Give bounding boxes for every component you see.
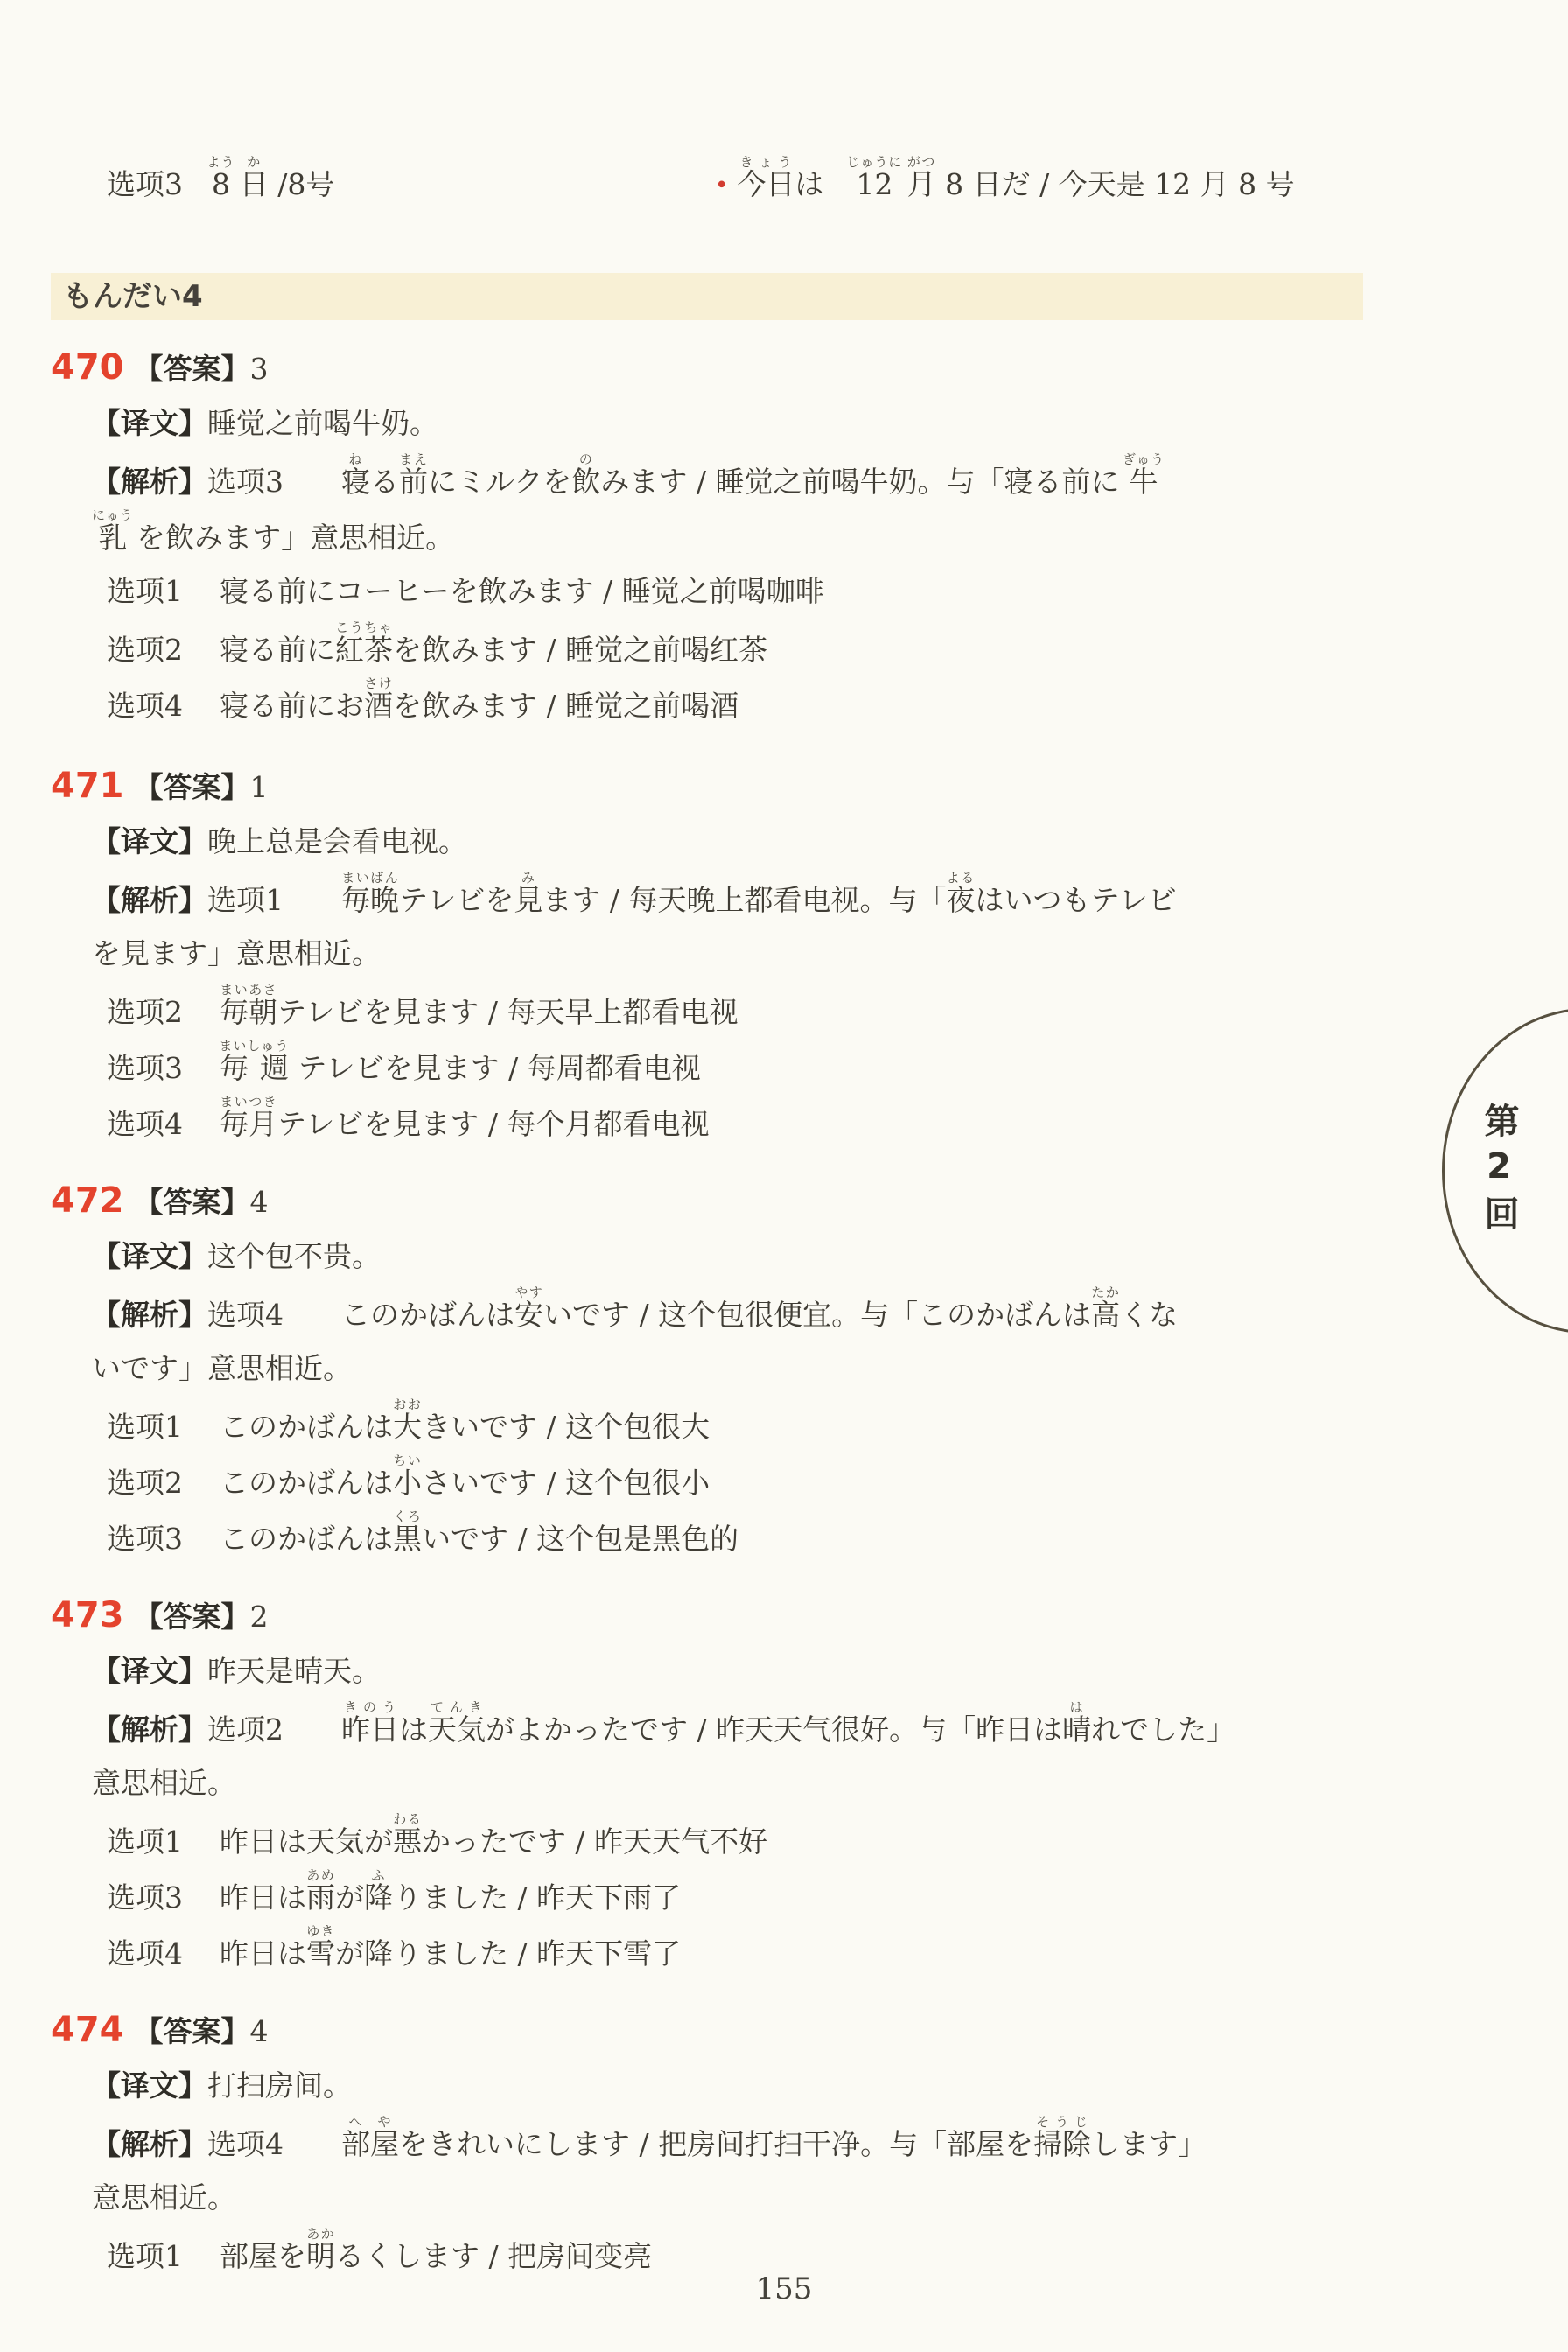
analysis-text-1: 选项4 このかばんは安やすいです / 这个包很便宜。与「このかばんは高たかくな (207, 1298, 1178, 1332)
analysis-line-1: 【解析】选项1 毎晩まいばんテレビを見みます / 每天晚上都看电视。与「夜よるは… (51, 870, 1451, 926)
translation-text: 昨天是晴天。 (207, 1654, 381, 1688)
analysis-line-2: 乳にゅう を飲みます」意思相近。 (51, 507, 1451, 563)
analysis-line-1: 【解析】选项2 昨日きのうは天気てんきがよかったです / 昨天天气很好。与「昨日… (51, 1699, 1451, 1755)
answer-item-473: 473【答案】2 【译文】昨天是晴天。 【解析】选项2 昨日きのうは天気てんきが… (51, 1587, 1451, 1979)
translation-line: 【译文】这个包不贵。 (51, 1228, 1451, 1284)
analysis-line-2: いです」意思相近。 (51, 1340, 1451, 1396)
item-number: 474 (51, 2010, 124, 2050)
option-row: 选项3このかばんは黒くろいです / 这个包是黑色的 (51, 1508, 1451, 1564)
option-label: 选项1 (107, 1410, 183, 1444)
answer-value: 1 (250, 770, 269, 804)
analysis-line-2: 意思相近。 (51, 1755, 1451, 1811)
option-label: 选项1 (107, 574, 183, 608)
analysis-text-1: 选项2 昨日きのうは天気てんきがよかったです / 昨天天气很好。与「昨日は晴はれ… (207, 1712, 1235, 1746)
option-label: 选项2 (107, 995, 183, 1029)
translation-text: 这个包不贵。 (207, 1239, 381, 1273)
translation-text: 睡觉之前喝牛奶。 (207, 406, 438, 440)
analysis-line-1: 【解析】选项4 部屋へやをきれいにします / 把房间打扫干净。与「部屋を掃除そう… (51, 2114, 1451, 2170)
option-text: このかばんは小ちいさいです / 这个包很小 (220, 1466, 710, 1500)
option-text: 部屋を明あかるくします / 把房间变亮 (220, 2239, 652, 2273)
translation-line: 【译文】睡觉之前喝牛奶。 (51, 395, 1451, 451)
translation-label: 【译文】 (92, 1654, 207, 1688)
option-row: 选项3昨日は雨あめが降ふりました / 昨天下雨了 (51, 1867, 1451, 1923)
analysis-line-1: 【解析】选项3 寝ねる前まえにミルクを飲のみます / 睡觉之前喝牛奶。与「寝る前… (51, 451, 1451, 507)
option-row: 选项1寝る前にコーヒーを飲みます / 睡觉之前喝咖啡 (51, 563, 1451, 619)
translation-line: 【译文】打扫房间。 (51, 2058, 1451, 2114)
carryover-line: 选项3 8よう 日か /8号 •今日きょうは 12じゅうに 月がつ 8 日だ /… (0, 154, 1568, 208)
translation-label: 【译文】 (92, 1239, 207, 1273)
option-text: 昨日は雨あめが降ふりました / 昨天下雨了 (220, 1880, 681, 1914)
option-text: このかばんは黒くろいです / 这个包是黑色的 (220, 1522, 738, 1556)
carryover-example-text: 今日きょうは 12じゅうに 月がつ 8 日だ / 今天是 12 月 8 号 (737, 167, 1294, 201)
translation-label: 【译文】 (92, 406, 207, 440)
item-number: 473 (51, 1595, 124, 1635)
analysis-line-1: 【解析】选项4 このかばんは安やすいです / 这个包很便宜。与「このかばんは高た… (51, 1284, 1451, 1340)
option-text: 寝る前にお酒さけを飲みます / 睡觉之前喝酒 (220, 689, 738, 723)
option-label: 选项2 (107, 1466, 183, 1500)
option-label: 选项1 (107, 1824, 183, 1858)
translation-label: 【译文】 (92, 824, 207, 858)
answer-line: 472【答案】4 (51, 1172, 1451, 1228)
option-text: 昨日は雪ゆきが降りました / 昨天下雪了 (220, 1936, 681, 1970)
section-header-bar: もんだい4 (51, 273, 1363, 320)
answer-item-470: 470【答案】3 【译文】睡觉之前喝牛奶。 【解析】选项3 寝ねる前まえにミルク… (51, 339, 1451, 731)
answer-line: 473【答案】2 (51, 1587, 1451, 1643)
answer-item-471: 471【答案】1 【译文】晚上总是会看电视。 【解析】选项1 毎晩まいばんテレビ… (51, 758, 1451, 1150)
analysis-label: 【解析】 (92, 883, 207, 917)
option-label: 选项3 (107, 1051, 183, 1085)
analysis-text-1: 选项1 毎晩まいばんテレビを見みます / 每天晚上都看电视。与「夜よるはいつもテ… (207, 883, 1177, 917)
answer-label: 【答案】 (135, 1599, 250, 1634)
answer-value: 4 (250, 2014, 269, 2048)
page-number: 155 (0, 2271, 1568, 2306)
option-label: 选项1 (107, 2239, 183, 2273)
answer-line: 471【答案】1 (51, 758, 1451, 814)
scanned-answer-page: 选项3 8よう 日か /8号 •今日きょうは 12じゅうに 月がつ 8 日だ /… (0, 0, 1568, 2352)
option-text: 昨日は天気が悪わるかったです / 昨天天气不好 (220, 1824, 767, 1858)
analysis-text-1: 选项4 部屋へやをきれいにします / 把房间打扫干净。与「部屋を掃除そうじします… (207, 2127, 1207, 2161)
answer-label: 【答案】 (135, 1185, 250, 1219)
answer-value: 4 (250, 1185, 269, 1219)
answer-label: 【答案】 (135, 2014, 250, 2048)
bullet-dot-icon: • (715, 172, 728, 199)
option-label: 选项3 (107, 1522, 183, 1556)
analysis-line-2: 意思相近。 (51, 2170, 1451, 2226)
option-row: 选项1このかばんは大おおきいです / 这个包很大 (51, 1396, 1451, 1452)
analysis-label: 【解析】 (92, 1712, 207, 1746)
option-row: 选项4昨日は雪ゆきが降りました / 昨天下雪了 (51, 1923, 1451, 1979)
translation-text: 晚上总是会看电视。 (207, 824, 467, 858)
analysis-text-1: 选项3 寝ねる前まえにミルクを飲のみます / 睡觉之前喝牛奶。与「寝る前に 牛ぎ… (207, 465, 1165, 499)
option-text: 寝る前に紅茶こうちゃを飲みます / 睡觉之前喝红茶 (220, 633, 767, 667)
option-row: 选项1昨日は天気が悪わるかったです / 昨天天气不好 (51, 1811, 1451, 1867)
analysis-label: 【解析】 (92, 1298, 207, 1332)
item-number: 471 (51, 766, 124, 806)
option-row: 选项3毎 週まいしゅう テレビを見ます / 每周都看电视 (51, 1038, 1451, 1094)
analysis-line-2: を見ます」意思相近。 (51, 926, 1451, 982)
option-text: このかばんは大おおきいです / 这个包很大 (220, 1410, 710, 1444)
option-row: 选项4寝る前にお酒さけを飲みます / 睡觉之前喝酒 (51, 675, 1451, 731)
option-label: 选项3 (107, 1880, 183, 1914)
answer-line: 470【答案】3 (51, 339, 1451, 395)
option-label: 选项4 (107, 689, 183, 723)
option-text: 毎月まいつきテレビを見ます / 每个月都看电视 (220, 1107, 709, 1141)
answer-value: 2 (250, 1599, 269, 1634)
item-number: 470 (51, 347, 124, 388)
translation-line: 【译文】晚上总是会看电视。 (51, 814, 1451, 870)
carryover-example: •今日きょうは 12じゅうに 月がつ 8 日だ / 今天是 12 月 8 号 (715, 154, 1295, 213)
item-number: 472 (51, 1180, 124, 1221)
analysis-label: 【解析】 (92, 2127, 207, 2161)
translation-line: 【译文】昨天是晴天。 (51, 1643, 1451, 1699)
translation-text: 打扫房间。 (207, 2068, 352, 2103)
carryover-option-text: 选项3 8よう 日か /8号 (107, 154, 334, 212)
option-row: 选项4毎月まいつきテレビを見ます / 每个月都看电视 (51, 1094, 1451, 1150)
option-text: 寝る前にコーヒーを飲みます / 睡觉之前喝咖啡 (220, 574, 824, 608)
section-header-label: もんだい4 (51, 273, 1363, 320)
option-label: 选项4 (107, 1107, 183, 1141)
analysis-label: 【解析】 (92, 465, 207, 499)
answer-label: 【答案】 (135, 770, 250, 804)
answer-label: 【答案】 (135, 352, 250, 386)
answer-item-472: 472【答案】4 【译文】这个包不贵。 【解析】选项4 このかばんは安やすいです… (51, 1172, 1451, 1564)
answer-item-474: 474【答案】4 【译文】打扫房间。 【解析】选项4 部屋へやをきれいにします … (51, 2002, 1451, 2282)
option-label: 选项2 (107, 633, 183, 667)
option-text: 毎 週まいしゅう テレビを見ます / 每周都看电视 (220, 1051, 701, 1085)
option-text: 毎朝まいあさテレビを見ます / 每天早上都看电视 (220, 995, 738, 1029)
round-badge: 第2回 (1442, 1008, 1568, 1333)
answer-value: 3 (250, 352, 269, 386)
round-badge-label: 第2回 (1474, 1102, 1524, 1239)
option-row: 选项2寝る前に紅茶こうちゃを飲みます / 睡觉之前喝红茶 (51, 619, 1451, 675)
option-label: 选项4 (107, 1936, 183, 1970)
answer-line: 474【答案】4 (51, 2002, 1451, 2058)
option-row: 选项2毎朝まいあさテレビを見ます / 每天早上都看电视 (51, 982, 1451, 1038)
translation-label: 【译文】 (92, 2068, 207, 2103)
option-row: 选项2このかばんは小ちいさいです / 这个包很小 (51, 1452, 1451, 1508)
